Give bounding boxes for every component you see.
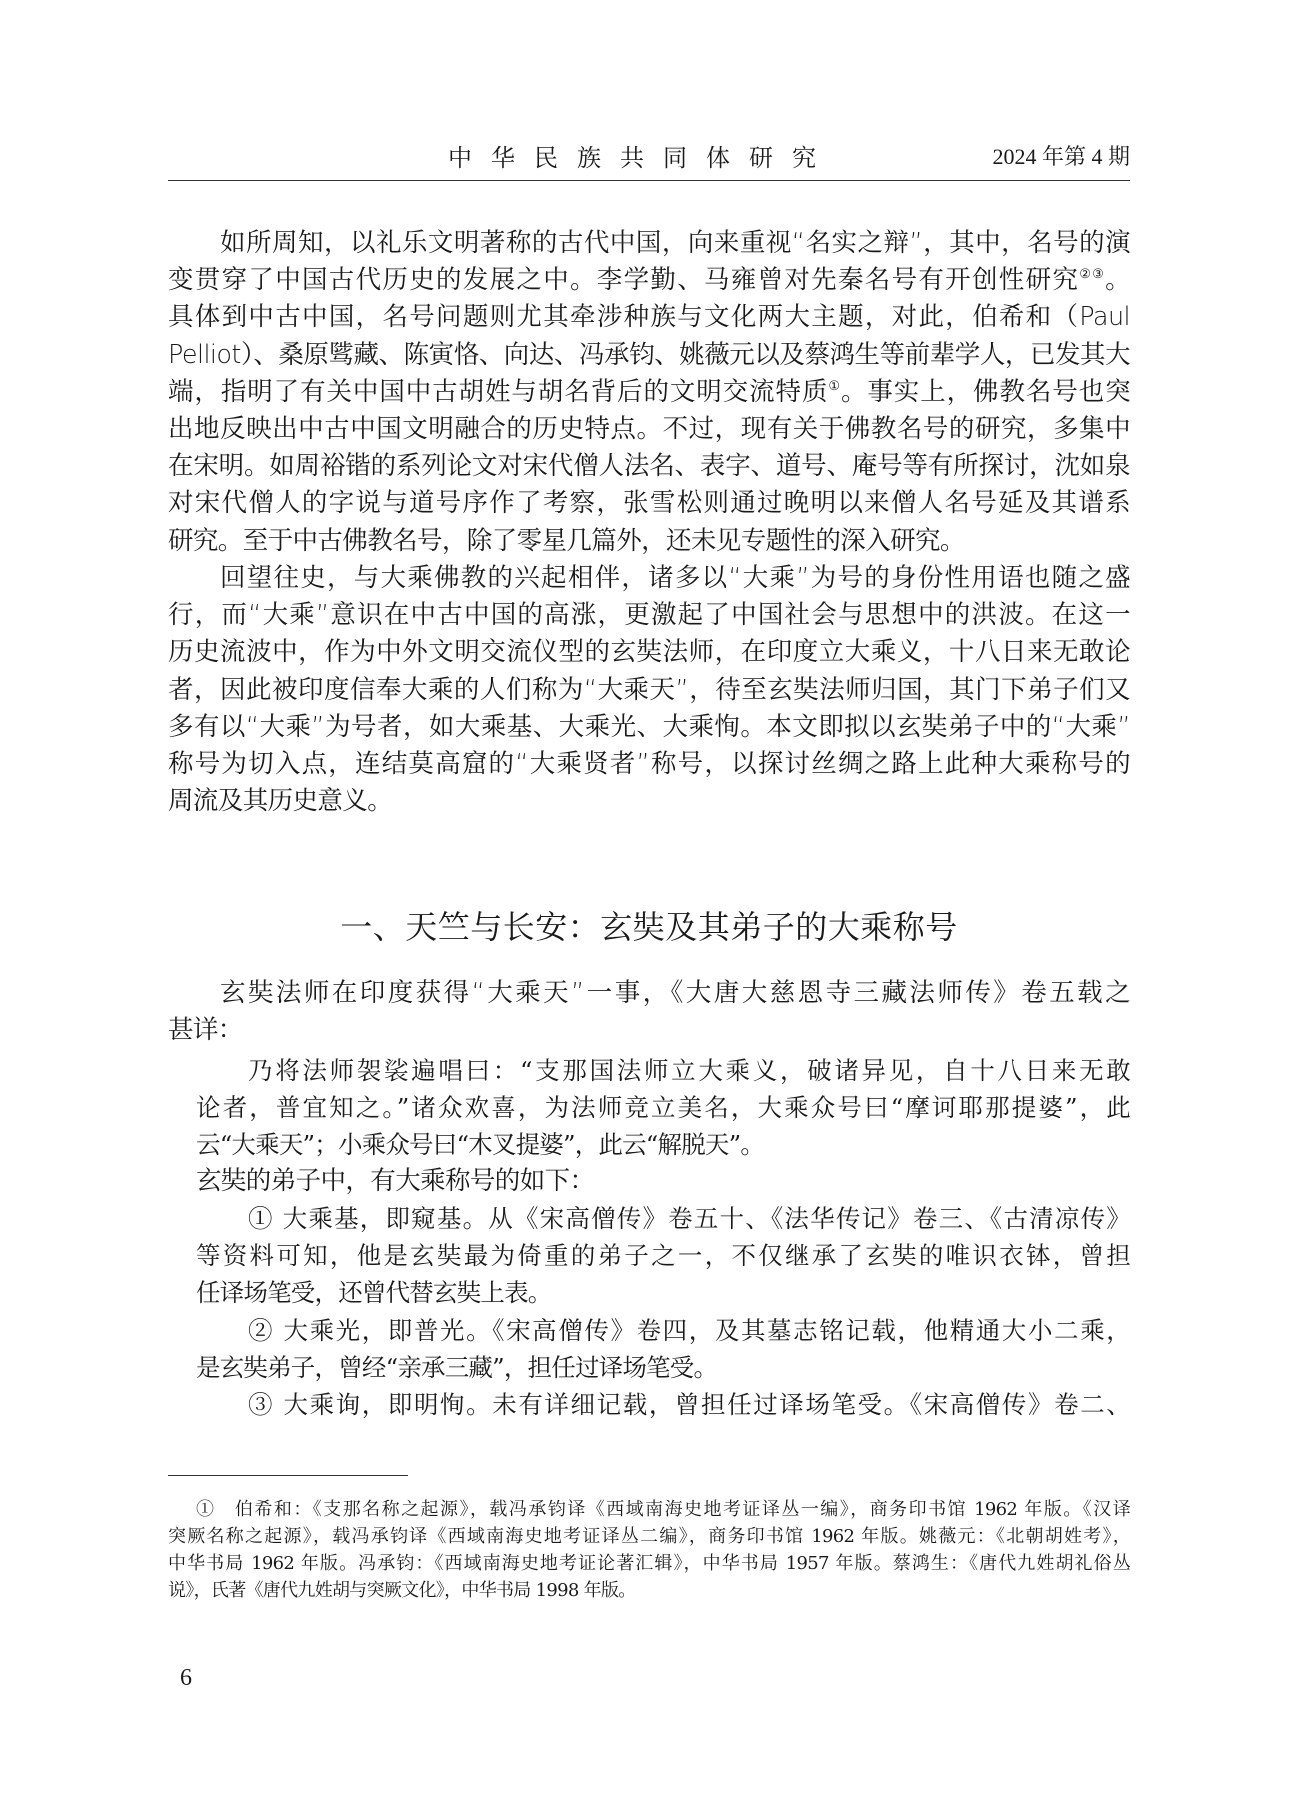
text-line: 称号为切入点，连结莫高窟的“大乘贤者”称号，以探讨丝绸之路上此种大乘称号的 <box>168 746 1130 783</box>
disciple-list: ① 大乘基，即窥基。从《宋高僧传》卷五十、《法华传记》卷三、《古清凉传》 等资料… <box>196 1200 1130 1423</box>
document-page: 中华民族共同体研究 2024 年第 4 期 如所周知，以礼乐文明著称的古代中国，… <box>0 0 1297 1801</box>
quote-line: 乃将法师袈裟遍唱曰：“支那国法师立大乘义，破诸异见，自十八日来无敢 <box>196 1052 1130 1089</box>
text-line: 回望往史，与大乘佛教的兴起相伴，诸多以“大乘”为号的身份性用语也随之盛 <box>168 560 1130 597</box>
text-line: 行，而“大乘”意识在中古中国的高涨，更激起了中国社会与思想中的洪波。在这一 <box>168 597 1130 634</box>
list-item-line: ② 大乘光，即普光。《宋高僧传》卷四，及其墓志铭记载，他精通大小二乘， <box>196 1312 1130 1349</box>
list-item-line: 任译场笔受，还曾代替玄奘上表。 <box>196 1274 1130 1311</box>
page-number: 6 <box>180 1665 192 1692</box>
list-item-line: ③ 大乘询，即明恂。未有详细记载，曾担任过译场笔受。《宋高僧传》卷二、 <box>196 1386 1130 1423</box>
list-item-line: 是玄奘弟子，曾经“亲承三藏”，担任过译场笔受。 <box>196 1349 1130 1386</box>
paragraph-2: 回望往史，与大乘佛教的兴起相伴，诸多以“大乘”为号的身份性用语也随之盛 行，而“… <box>168 560 1130 820</box>
text-line: 在宋明。如周裕锴的系列论文对宋代僧人法名、表字、道号、庵号等有所探讨，沈如泉 <box>168 448 1130 485</box>
text-line: 玄奘的弟子中，有大乘称号的如下： <box>196 1163 1130 1200</box>
text-line: 者，因此被印度信奉大乘的人们称为“大乘天”，待至玄奘法师归国，其门下弟子们又 <box>168 672 1130 709</box>
text-line: 玄奘法师在印度获得“大乘天”一事，《大唐大慈恩寺三藏法师传》卷五载之 <box>168 975 1130 1012</box>
list-item-line: 等资料可知，他是玄奘最为倚重的弟子之一，不仅继承了玄奘的唯识衣钵，曾担 <box>196 1237 1130 1274</box>
text-line: 历史流波中，作为中外文明交流仪型的玄奘法师，在印度立大乘义，十八日来无敢论 <box>168 634 1130 671</box>
text-line: 端，指明了有关中国中古胡姓与胡名背后的文明交流特质①。事实上，佛教名号也突 <box>168 374 1130 411</box>
footnote-line: ① 伯希和：《支那名称之起源》，载冯承钧译《西域南海史地考证译丛一编》，商务印书… <box>168 1496 1130 1523</box>
text-line: 对宋代僧人的字说与道号序作了考察，张雪松则通过晚明以来僧人名号延及其谱系 <box>168 485 1130 522</box>
text-line: 变贯穿了中国古代历史的发展之中。李学勤、马雍曾对先秦名号有开创性研究②③。 <box>168 262 1130 299</box>
text-line: 多有以“大乘”为号者，如大乘基、大乘光、大乘恂。本文即拟以玄奘弟子中的“大乘” <box>168 709 1130 746</box>
running-head: 中华民族共同体研究 2024 年第 4 期 <box>168 138 1130 178</box>
quote-line: 云“大乘天”；小乘众号曰“木叉提婆”，此云“解脱天”。 <box>196 1126 1130 1163</box>
footnote-rule <box>168 1475 408 1476</box>
text-line: 研究。至于中古佛教名号，除了零星几篇外，还未见专题性的深入研究。 <box>168 523 1130 560</box>
text-line: Pelliot）、桑原骘藏、陈寅恪、向达、冯承钧、姚薇元以及蔡鸿生等前辈学人，已… <box>168 337 1130 374</box>
text-line: 如所周知，以礼乐文明著称的古代中国，向来重视“名实之辩”，其中，名号的演 <box>168 225 1130 262</box>
footnotes: ① 伯希和：《支那名称之起源》，载冯承钧译《西域南海史地考证译丛一编》，商务印书… <box>168 1496 1130 1604</box>
footnote-line: 突厥名称之起源》，载冯承钧译《西域南海史地考证译丛二编》，商务印书馆 1962 … <box>168 1523 1130 1550</box>
footnote-ref[interactable]: ① <box>828 379 841 394</box>
issue-number: 2024 年第 4 期 <box>992 140 1130 171</box>
list-item: ③ 大乘询，即明恂。未有详细记载，曾担任过译场笔受。《宋高僧传》卷二、 <box>196 1386 1130 1423</box>
section-intro: 玄奘法师在印度获得“大乘天”一事，《大唐大慈恩寺三藏法师传》卷五载之 甚详： <box>168 975 1130 1049</box>
block-quote: 乃将法师袈裟遍唱曰：“支那国法师立大乘义，破诸异见，自十八日来无敢 论者，普宜知… <box>196 1052 1130 1164</box>
footnote-ref[interactable]: ②③ <box>1079 267 1105 282</box>
footnote-line: 中华书局 1962 年版。冯承钧：《西域南海史地考证论著汇辑》，中华书局 195… <box>168 1550 1130 1577</box>
journal-title: 中华民族共同体研究 <box>448 138 835 173</box>
footnote-line: 说》，氏著《唐代九姓胡与突厥文化》，中华书局 1998 年版。 <box>168 1577 1130 1604</box>
list-intro: 玄奘的弟子中，有大乘称号的如下： <box>196 1163 1130 1200</box>
text-line: 甚详： <box>168 1012 1130 1049</box>
section-heading: 一、天竺与长安：玄奘及其弟子的大乘称号 <box>168 902 1130 948</box>
list-item: ② 大乘光，即普光。《宋高僧传》卷四，及其墓志铭记载，他精通大小二乘， 是玄奘弟… <box>196 1312 1130 1386</box>
quote-line: 论者，普宜知之。”诸众欢喜，为法师竞立美名，大乘众号曰“摩诃耶那提婆”，此 <box>196 1089 1130 1126</box>
list-item-line: ① 大乘基，即窥基。从《宋高僧传》卷五十、《法华传记》卷三、《古清凉传》 <box>196 1200 1130 1237</box>
paragraph-1: 如所周知，以礼乐文明著称的古代中国，向来重视“名实之辩”，其中，名号的演 变贯穿… <box>168 225 1130 560</box>
text-line: 具体到中古中国，名号问题则尤其牵涉种族与文化两大主题，对此，伯希和（Paul <box>168 299 1130 336</box>
text-line: 出地反映出中古中国文明融合的历史特点。不过，现有关于佛教名号的研究，多集中 <box>168 411 1130 448</box>
list-item: ① 大乘基，即窥基。从《宋高僧传》卷五十、《法华传记》卷三、《古清凉传》 等资料… <box>196 1200 1130 1312</box>
text-line: 周流及其历史意义。 <box>168 783 1130 820</box>
header-rule <box>168 180 1130 181</box>
